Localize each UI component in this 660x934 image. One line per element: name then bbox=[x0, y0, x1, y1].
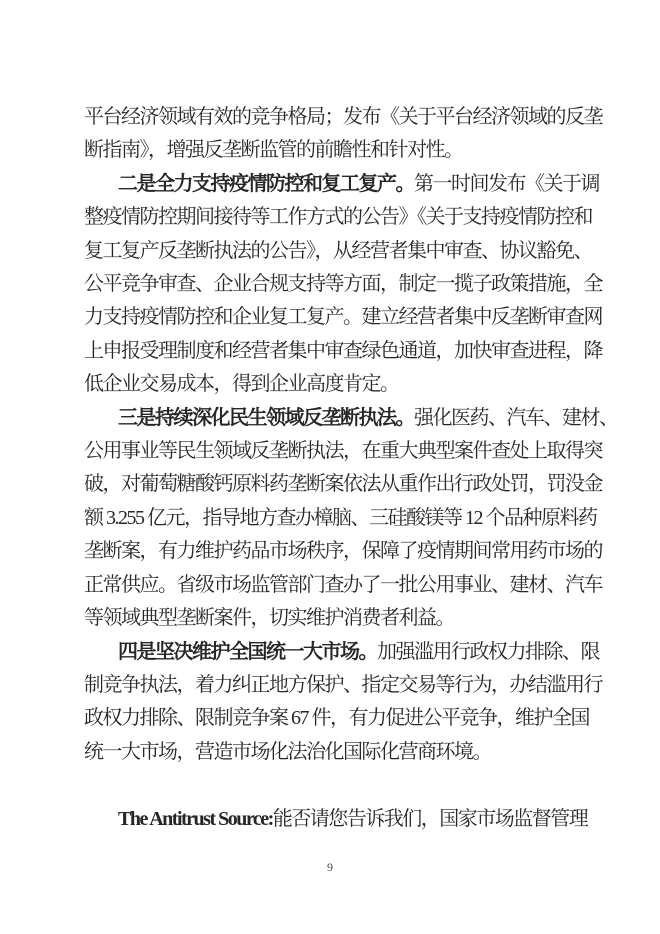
text-line: 平台经济领域有效的竞争格局；发布《关于平台经济领域的反垄 bbox=[84, 101, 575, 134]
text-line: 低企业交易成本，得到企业高度肯定。 bbox=[84, 368, 575, 401]
paragraph-body-text: 加强滥用行政权力排除、限 bbox=[377, 641, 599, 663]
text-line: 制竞争执法，着力纠正地方保护、指定交易等行为，办结滥用行 bbox=[84, 669, 575, 702]
text-line: 统一大市场，营造市场化法治化国际化营商环境。 bbox=[84, 736, 575, 769]
text-line: 垄断案，有力维护药品市场秩序，保障了疫情期间常用药市场的 bbox=[84, 535, 575, 568]
text-line: 上申报受理制度和经营者集中审查绿色通道，加快审查进程，降 bbox=[84, 335, 575, 368]
paragraph-body-text: 强化医药、汽车、建材、 bbox=[414, 407, 618, 429]
document-body: 平台经济领域有效的竞争格局；发布《关于平台经济领域的反垄 断指南》，增强反垄断监… bbox=[84, 101, 575, 837]
text-line: 复工复产反垄断执法的公告》，从经营者集中审查、协议豁免、 bbox=[84, 235, 575, 268]
paragraph-lead-line: 二是全力支持疫情防控和复工复产。第一时间发布《关于调 bbox=[84, 168, 575, 201]
paragraph-lead-line: 四是坚决维护全国统一大市场。加强滥用行政权力排除、限 bbox=[84, 636, 575, 669]
text-line: 公用事业等民生领域反垄断执法，在重大典型案件查处上取得突 bbox=[84, 435, 575, 468]
text-line: 额 3.255 亿元，指导地方查办樟脑、三硅酸镁等 12 个品种原料药 bbox=[84, 502, 575, 535]
paragraph-body-text: 第一时间发布《关于调 bbox=[414, 173, 599, 195]
paragraph-lead-text: 三是持续深化民生领域反垄断执法。 bbox=[118, 407, 414, 429]
paragraph-lead-text: 二是全力支持疫情防控和复工复产。 bbox=[118, 173, 414, 195]
closing-reference-line: The Antitrust Source:能否请您告诉我们，国家市场监督管理 bbox=[84, 803, 575, 836]
text-line: 政权力排除、限制竞争案 67 件，有力促进公平竞争，维护全国 bbox=[84, 702, 575, 735]
document-page: 平台经济领域有效的竞争格局；发布《关于平台经济领域的反垄 断指南》，增强反垄断监… bbox=[0, 0, 660, 934]
closing-bold-label: The Antitrust Source: bbox=[118, 808, 273, 830]
text-line: 公平竞争审查、企业合规支持等方面，制定一揽子政策措施，全 bbox=[84, 268, 575, 301]
paragraph-lead-text: 四是坚决维护全国统一大市场。 bbox=[118, 641, 377, 663]
text-line: 等领域典型垄断案件，切实维护消费者利益。 bbox=[84, 602, 575, 635]
text-line: 力支持疫情防控和企业复工复产。建立经营者集中反垄断审查网 bbox=[84, 301, 575, 334]
page-number: 9 bbox=[0, 860, 660, 875]
paragraph-lead-line: 三是持续深化民生领域反垄断执法。强化医药、汽车、建材、 bbox=[84, 402, 575, 435]
text-line: 破，对葡萄糖酸钙原料药垄断案依法从重作出行政处罚，罚没金 bbox=[84, 468, 575, 501]
text-line: 断指南》，增强反垄断监管的前瞻性和针对性。 bbox=[84, 134, 575, 167]
text-line: 整疫情防控期间接待等工作方式的公告》《关于支持疫情防控和 bbox=[84, 201, 575, 234]
closing-text: 能否请您告诉我们，国家市场监督管理 bbox=[273, 808, 588, 830]
text-line: 正常供应。省级市场监管部门查办了一批公用事业、建材、汽车 bbox=[84, 569, 575, 602]
